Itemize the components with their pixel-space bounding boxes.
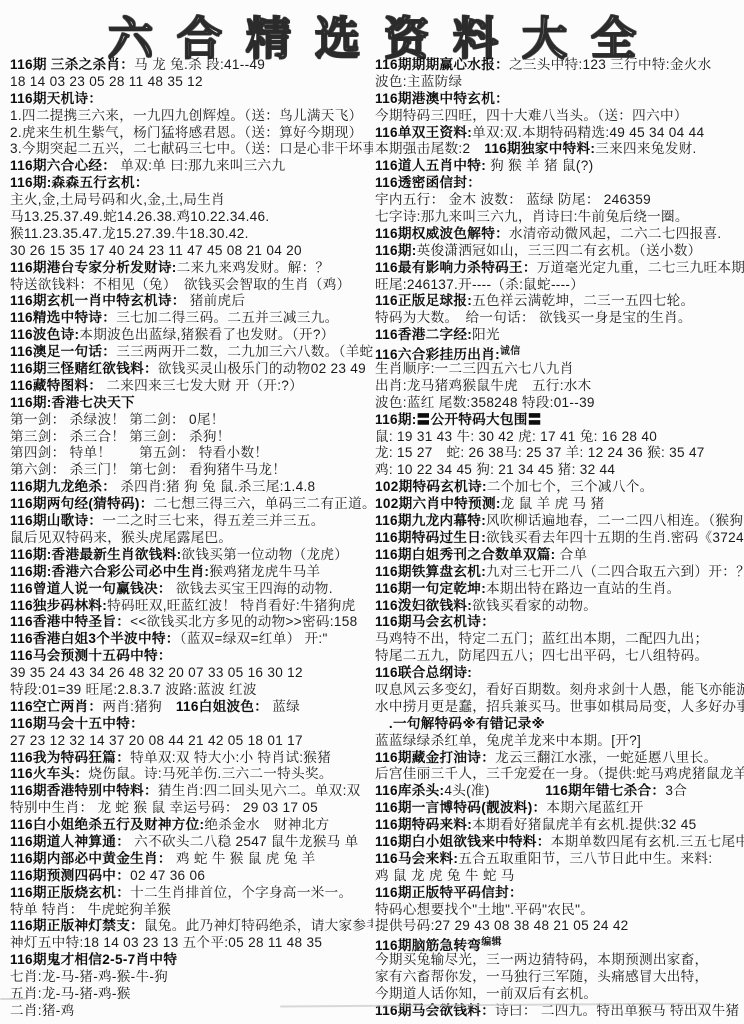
section-header: 116期内部必中黄金生肖：	[10, 851, 172, 866]
section-header: 116联合总纲诗:	[375, 665, 472, 680]
text-line: 后宫佳丽三千人，三千宠爱在一身。（提供:蛇马鸡虎猪鼠龙羊）	[375, 766, 744, 783]
scan-artifact-mark	[0, 998, 26, 1000]
text-segment: 三三两两开二数，二九加三六八数。（羊蛇的是	[116, 344, 373, 359]
section-header: 116期天机诗：	[10, 91, 102, 106]
text-segment: 猜生肖:四二回头见六二。单双:双	[158, 783, 361, 798]
text-line: 116期九龙绝杀： 杀四肖:猪 狗 兔 鼠.杀三尾:1.4.8	[10, 479, 373, 496]
text-segment: 水中捞月更是蠢，招兵兼买马。世事如棋局局变，人多好办事。	[375, 699, 744, 714]
text-line: 116精选中特诗：三七加二得三码。二五并三减三九。	[10, 310, 373, 327]
section-header: 116白小姐绝杀五行及财神方位:	[10, 817, 204, 832]
text-line: 116马会预测十五码中特：	[10, 648, 373, 665]
text-segment: 第六剑： 杀三门！ 第七剑： 看狗猪牛马龙！	[10, 462, 286, 477]
text-segment: 39 35 24 43 34 26 48 32 20 07 33 05 16 3…	[10, 665, 303, 680]
text-line: 五肖:龙-马-猪-鸡-猴	[10, 986, 373, 1003]
text-line: 116期预测四码中：02 47 36 06	[10, 868, 373, 885]
text-segment: 蓝蓝绿绿杀红单，兔虎羊龙来中本期。[开?]	[375, 733, 641, 748]
section-header: 116期道人神算通：	[10, 834, 130, 849]
right-column: 116期期期赢心水报：之三头中特:123 三行中特:金火水波色:主蓝防绿116期…	[375, 57, 744, 1022]
text-segment: 七肖:龙-马-猪-鸡-猴-牛-狗	[10, 969, 168, 984]
section-header: 116期:	[375, 243, 417, 258]
text-line: 生肖顺序:一二三四五六七八九肖	[375, 361, 744, 378]
text-line: 116藏特图料： 二来四来三七发大财 开（开:?）	[10, 378, 373, 395]
text-line: 116期正版烧玄机：十二生肖排首位，个字身高一米一。	[10, 885, 373, 902]
text-segment: 九对三七开二八（二四合取五六到）开：？	[486, 564, 744, 579]
text-segment: 特单 特肖： 牛虎蛇狗羊猴	[10, 902, 171, 917]
left-column: 116期 三杀之杀肖：马 龙 兔.杀 段:41--4918 14 03 23 0…	[10, 57, 373, 1022]
section-header: 116香港白姐3个半波中特：	[10, 631, 180, 646]
text-line: 116正版足球报:五色祥云满乾坤，二三一五四七轮。	[375, 293, 744, 310]
section-header: 116期:香港六合彩公司必中生肖:	[10, 564, 209, 579]
text-segment: 狗 猴 羊 猪 鼠(?)	[486, 158, 593, 173]
text-line: 水中捞月更是蠢，招兵兼买马。世事如棋局局变，人多好办事。	[375, 699, 744, 716]
text-segment: 生肖顺序:一二三四五六七八九肖	[375, 361, 574, 376]
text-segment: 阳光	[472, 327, 500, 342]
text-segment: 家有六畜帮你发，一马独行三军随，头痛感冒大出特，	[375, 969, 708, 984]
text-segment: 合单	[556, 547, 588, 562]
text-segment: 本期看好猪鼠虎羊有玄机.提供:32 45	[472, 817, 696, 832]
section-header: 116期正版烧玄机：	[10, 885, 130, 900]
section-header: 116期独家中特料:	[484, 141, 595, 156]
text-line: 116期权威波色解特：水清帝动微风起，二六二七四报喜.	[375, 226, 744, 243]
text-line: 116泼妇欲钱料:欲钱买看家的动物。	[375, 598, 744, 615]
text-line: 116白小姐绝杀五行及财神方位:绝杀金水 财神北方	[10, 817, 373, 834]
section-header: 102期特码玄机诗:	[375, 479, 487, 494]
text-line: 本期强击尾数:2 116期独家中特料:三来四来兔发财.	[375, 141, 744, 158]
section-header: 116期一言博特码(靓波料)：	[375, 800, 546, 815]
text-line: 特码为大数。 给一句话： 欲钱买一身是宝的生肖。	[375, 310, 744, 327]
section-header: 116期:〓公开特码大包围〓	[375, 412, 542, 427]
text-segment: （蓝双=绿双=红单） 开:"	[180, 631, 328, 646]
text-segment: 本期单数四尾有玄机.三五七尾中本期	[551, 834, 744, 849]
section-header: 116独步码林料:	[10, 598, 107, 613]
text-segment: 万道毫光定九重，二七三九旺本期。（绕	[537, 260, 744, 275]
text-line: 116期山歌诗：一二之时三七来，得五差三并三五。	[10, 513, 373, 530]
text-segment: 五色祥云满乾坤，二三一五四七轮。	[472, 293, 694, 308]
text-segment: 龙云三翻江水涨，一蛇延慝八里长。	[495, 750, 717, 765]
text-line: 102期特码玄机诗:二个加七个，三个减八个。	[375, 479, 744, 496]
text-segment: 诚信	[500, 346, 521, 357]
section-header: 116最有影响力杀特码王：	[375, 260, 537, 275]
text-segment: 特尾二五九，防尾四五八；四七出平码，七八组特码。	[375, 648, 708, 663]
text-segment: 旺尾:246137.开----（杀:鼠蛇----）	[375, 277, 584, 292]
text-segment: 鼠后见双特码来，猴头虎尾露尾巴。	[10, 530, 232, 545]
section-header: 116六合彩挂历出肖:	[375, 347, 500, 362]
text-line: 第四剑： 特单！ 第五剑： 特看小数！	[10, 445, 373, 462]
text-line: 116期玄机一肖中特玄机诗： 猪前虎后	[10, 293, 373, 310]
text-line: 116单双王资料:单双:双.本期特码精选:49 45 34 04 44	[375, 125, 744, 142]
text-segment: 宇内五行： 金木 波数： 蓝绿 防尾： 246359	[375, 192, 651, 207]
section-header: 116期 三杀之杀肖：	[10, 57, 134, 72]
text-line: 116期:香港最新生肖欲钱料:欲钱买第一位动物（龙虎）	[10, 547, 373, 564]
text-segment: 水清帝动微风起，二六二七四报喜.	[509, 226, 721, 241]
section-header: 116期一句定乾坤:	[375, 581, 486, 596]
section-header: 116期:香港七决天下	[10, 395, 135, 410]
text-line: 39 35 24 43 34 26 48 32 20 07 33 05 16 3…	[10, 665, 373, 682]
text-line: 116期白姐秀刊之合数单双篇: 合单	[375, 547, 744, 564]
section-header: 116期白姐秀刊之合数单双篇:	[375, 547, 556, 562]
text-segment: 鸡 鼠 龙 虎 兔 牛 蛇 马	[375, 868, 515, 883]
text-segment: 蓝绿	[268, 699, 300, 714]
text-line: 叹息风云多变幻，看好百期数。刻舟求剑十人愚，能飞亦能游。	[375, 682, 744, 699]
text-line: 116期香港特别中特料：猜生肖:四二回头见六二。单双:双	[10, 783, 373, 800]
text-segment: 提供号码:27 29 43 08 38 48 21 05 24 42	[375, 918, 629, 933]
text-segment: 三七加二得三码。二五并三减三九。	[116, 310, 338, 325]
text-line: 3.今期突起二五兴，二七献码三七中。（送：口是心非干坏事。）	[10, 141, 373, 158]
text-line: 116期特码来料:本期看好猪鼠虎羊有玄机.提供:32 45	[375, 817, 744, 834]
text-segment: 马鸡特不出，特定二五门；蓝红出本期，二配四九出；	[375, 631, 708, 646]
text-segment: <<欲钱买北方多见的动物>>密码:158	[130, 614, 357, 629]
text-segment: 马 龙 兔.杀 段:41--49	[134, 57, 265, 72]
text-segment: 特送欲钱料：不相见（兔） 欲钱买会智取的生肖（鸡）	[10, 277, 351, 292]
section-header: 116马会来料:	[375, 851, 458, 866]
text-line: 116联合总纲诗:	[375, 665, 744, 682]
text-segment: 特码为大数。 给一句话： 欲钱买一身是宝的生肖。	[375, 310, 692, 325]
text-segment: 特单双:双 特大小:小 特肖试:猴猪	[130, 750, 331, 765]
text-line: 116期脑筋急转弯编辑	[375, 935, 744, 952]
text-segment: 绝杀金水 财神北方	[204, 817, 329, 832]
text-line: 116期天机诗：	[10, 91, 373, 108]
text-segment: 后宫佳丽三千人，三千宠爱在一身。（提供:蛇马鸡虎猪鼠龙羊）	[375, 766, 744, 781]
text-line: 特单 特肖： 牛虎蛇狗羊猴	[10, 902, 373, 919]
text-line: 116期期期赢心水报：之三头中特:123 三行中特:金火水	[375, 57, 744, 74]
section-header: 116透密函信封：	[375, 175, 481, 190]
section-header: 116空亡两肖：	[10, 699, 102, 714]
text-segment: 五合五取重阳节，三八节日此中生。来料:	[458, 851, 712, 866]
section-header: 116期港澳中特玄机：	[375, 91, 509, 106]
text-line: 116期 三杀之杀肖：马 龙 兔.杀 段:41--49	[10, 57, 373, 74]
text-segment: 第四剑： 特单！ 第五剑： 特看小数！	[10, 445, 268, 460]
text-segment: 欲钱买看去年四十五期的生肖.密码《3724》	[486, 530, 744, 545]
section-header: 102期六肖中特预测:	[375, 496, 501, 511]
text-line: 116香港中特圣旨：<<欲钱买北方多见的动物>>密码:158	[10, 614, 373, 631]
section-header: 116曾道人说一句赢钱决：	[10, 581, 172, 596]
text-line: 116期:森森五行玄机：	[10, 175, 373, 192]
text-line: 116我为特码狂篇：特单双:双 特大小:小 特肖试:猴猪	[10, 750, 373, 767]
section-header: 116期三怪赌红欲钱料：	[10, 361, 158, 376]
text-segment: 1.四二提携三六来，一九四九创辉煌。（送：鸟儿满天飞）	[10, 108, 362, 123]
text-line: 2.虎来生机生紫气，杨门猛将感君恩。（送：算好今期现）	[10, 125, 373, 142]
text-line: 第六剑： 杀三门！ 第七剑： 看狗猪牛马龙！	[10, 462, 373, 479]
text-segment: 鸡: 10 22 34 45 狗: 21 34 45 猪: 32 44	[375, 462, 615, 477]
text-segment: 杀四肖:猪 狗 兔 鼠.杀三尾:1.4.8	[116, 479, 315, 494]
text-line: 今期买兔输尽光，三一两边猜特码，本期预测出家畜，	[375, 952, 744, 969]
text-line: 116曾道人说一句赢钱决： 欲钱去买宝王四海的动物.	[10, 581, 373, 598]
text-line: 鸡: 10 22 34 45 狗: 21 34 45 猪: 32 44	[375, 462, 744, 479]
section-header: 116期白小姐欲钱来中特料：	[375, 834, 551, 849]
text-segment: 主火,金,土局号码和火,金,土,局生肖	[10, 192, 225, 207]
section-header: 116道人五肖中特:	[375, 158, 486, 173]
section-header: 116期玄机一肖中特玄机诗：	[10, 293, 186, 308]
text-line: 马鸡特不出，特定二五门；蓝红出本期，二配四九出；	[375, 631, 744, 648]
text-line: 116期铁算盘玄机:九对三七开二八（二四合取五六到）开：？	[375, 564, 744, 581]
text-segment: 十二生肖排首位，个字身高一米一。	[130, 885, 352, 900]
text-line: 第一剑： 杀绿波！ 第二剑： 0尾！	[10, 412, 373, 429]
text-segment: 特段:01=39 旺尾:2.8.3.7 波路:蓝波 红波	[10, 682, 257, 697]
text-line: 116香港二字经:阳光	[375, 327, 744, 344]
text-line: 30 26 15 35 17 40 24 23 11 47 45 08 21 0…	[10, 243, 373, 260]
text-line: 116期:英俊潇洒冠如山，三三四二有玄机。（送小数）	[375, 243, 744, 260]
text-segment: 鼠兔。此乃神灯特码绝杀，请大家参考！	[144, 918, 373, 933]
section-header: 116香港二字经:	[375, 327, 472, 342]
text-line: 出肖:龙马猪鸡猴鼠牛虎 五行:水木	[375, 378, 744, 395]
text-segment: 一二之时三七来，得五差三并三五。	[102, 513, 324, 528]
section-header: 116期:香港最新生肖欲钱料:	[10, 547, 181, 562]
section-header: 116期山歌诗：	[10, 513, 102, 528]
section-header: 116期:森森五行玄机：	[10, 175, 149, 190]
section-header: 116我为特码狂篇：	[10, 750, 130, 765]
text-line: 鸡 鼠 龙 虎 兔 牛 蛇 马	[375, 868, 744, 885]
text-segment: 特码心想要找个"土地".平码"农民"。	[375, 902, 594, 917]
text-segment: 欲钱买第一位动物（龙虎）	[181, 547, 348, 562]
text-segment: 二来九来鸡发财。解：？	[177, 260, 330, 275]
text-segment: 二肖:猪-鸡	[10, 1003, 74, 1018]
text-segment: 30 26 15 35 17 40 24 23 11 47 45 08 21 0…	[10, 243, 302, 258]
text-segment: 波色:主蓝防绿	[375, 74, 462, 89]
text-line: 第三剑： 杀三合！ 第三剑： 杀狗！	[10, 429, 373, 446]
section-header: 116期权威波色解特：	[375, 226, 509, 241]
text-segment: 第三剑： 杀三合！ 第三剑： 杀狗！	[10, 429, 231, 444]
section-header: 116期九龙绝杀：	[10, 479, 116, 494]
section-header: 116期预测四码中：	[10, 868, 130, 883]
text-segment: 猴鸡猪龙虎牛马羊	[209, 564, 320, 579]
text-line: 七字诗:那九来叫三六九，肖诗曰:牛前兔后绕一圈。	[375, 209, 744, 226]
text-segment: 27 23 12 32 14 37 20 08 44 21 42 05 18 0…	[10, 733, 303, 748]
text-line: 116库杀头:4头(准) 116期年错七杀合：3合	[375, 783, 744, 800]
text-segment: 六不砍头二八稳 2547 鼠牛龙猴马 单	[130, 834, 358, 849]
text-segment: 本期波色出蓝绿,猪猴看了也发财。（开?）	[79, 327, 334, 342]
text-segment: 本期出特在路边一直站的生肖。	[486, 581, 681, 596]
text-line: 116马会来料:五合五取重阳节，三八节日此中生。来料:	[375, 851, 744, 868]
text-segment: 特码旺双,旺蓝红波！ 特肖看好:牛猪狗虎	[107, 598, 355, 613]
text-line: 特尾二五九，防尾四五八；四七出平码，七八组特码。	[375, 648, 744, 665]
section-header: 116期马会十五中特：	[10, 716, 144, 731]
text-line: 七肖:龙-马-猪-鸡-猴-牛-狗	[10, 969, 373, 986]
text-segment: 两肖:猪狗	[102, 699, 176, 714]
section-header: 116库杀头:	[375, 783, 444, 798]
text-line: 116期特码过生日:欲钱买看去年四十五期的生肖.密码《3724》	[375, 530, 744, 547]
text-line: 猴11.23.35.47.龙15.27.39.牛18.30.42.	[10, 226, 373, 243]
section-header: 116藏特图料：	[10, 378, 102, 393]
section-header: 116白姐波色：	[176, 699, 268, 714]
text-segment: 之三头中特:123 三行中特:金火水	[509, 57, 712, 72]
text-line: 116道人五肖中特: 狗 猴 羊 猪 鼠(?)	[375, 158, 744, 175]
text-segment: 本期六尾蓝红开	[546, 800, 643, 815]
text-line: 116期马会玄机诗：	[375, 614, 744, 631]
text-segment: 02 47 36 06	[130, 868, 205, 883]
text-line: 家有六畜帮你发，一马独行三军随，头痛感冒大出特，	[375, 969, 744, 986]
text-line: 波色:主蓝防绿	[375, 74, 744, 91]
text-segment: 马13.25.37.49.蛇14.26.38.鸡10.22.34.46.	[10, 209, 269, 224]
text-line: 116六合彩挂历出肖:诚信	[375, 344, 744, 361]
section-header: 116期年错七杀合：	[545, 783, 665, 798]
text-segment: 龙 鼠 羊 虎 马 猪	[501, 496, 605, 511]
text-line: 116期正版神灯禁支：鼠兔。此乃神灯特码绝杀，请大家参考！	[10, 918, 373, 935]
text-line: 龙: 15 27 蛇: 26 38马: 25 37 羊: 12 24 36 猴:…	[375, 445, 744, 462]
section-header: 116泼妇欲钱料:	[375, 598, 472, 613]
section-header: 116期正版特平码信封：	[375, 885, 523, 900]
text-line: 116期港台专家分析发财诗:二来九来鸡发财。解：？	[10, 260, 373, 277]
text-segment: 三来四来兔发财.	[595, 141, 696, 156]
text-segment: 欲钱去买宝王四海的动物.	[172, 581, 333, 596]
text-line: 116期正版特平码信封：	[375, 885, 744, 902]
text-line: 116期鬼才相信2-5-7肖中特	[10, 952, 373, 969]
text-segment: 今期道人话你知，一前双后有玄机。	[375, 986, 597, 1001]
text-segment: 欲钱买看家的动物。	[472, 598, 597, 613]
text-line: 116期白小姐欲钱来中特料：本期单数四尾有玄机.三五七尾中本期	[375, 834, 744, 851]
text-segment: 今期买兔输尽光，三一两边猜特码，本期预测出家畜，	[375, 952, 708, 967]
section-header: 116期鬼才相信2-5-7肖中特	[10, 952, 177, 967]
text-segment: 五肖:龙-马-猪-鸡-猴	[10, 986, 131, 1001]
section-header: 116波色诗:	[10, 327, 79, 342]
text-line: 1.四二提携三六来，一九四九创辉煌。（送：鸟儿满天飞）	[10, 108, 373, 125]
text-line: 116期藏金打油诗：龙云三翻江水涨，一蛇延慝八里长。	[375, 750, 744, 767]
section-header: 116期六合心经：	[10, 158, 116, 173]
text-line: 116澳足一句话：三三两两开二数，二九加三六八数。（羊蛇的是	[10, 344, 373, 361]
text-line: 18 14 03 23 05 28 11 48 35 12	[10, 74, 373, 91]
text-segment: 本期强击尾数:2	[375, 141, 484, 156]
text-segment: 猴11.23.35.47.龙15.27.39.牛18.30.42.	[10, 226, 249, 241]
text-segment: 英俊潇洒冠如山，三三四二有玄机。（送小数）	[417, 243, 702, 258]
text-segment: 单双:双.本期特码精选:49 45 34 04 44	[472, 125, 704, 140]
section-header: 116期期期赢心水报：	[375, 57, 509, 72]
section-header: 116期香港特别中特料：	[10, 783, 158, 798]
section-header: 116期港台专家分析发财诗:	[10, 260, 177, 275]
section-header: 116期马会玄机诗：	[375, 614, 495, 629]
text-line: 今期特码三四旺，四十大难八当头。（送：四六中）	[375, 108, 744, 125]
text-line: 宇内五行： 金木 波数： 蓝绿 防尾： 246359	[375, 192, 744, 209]
text-line: 116期马会十五中特：	[10, 716, 373, 733]
text-line: 116期内部必中黄金生肖： 鸡 蛇 牛 猴 鼠 虎 兔 羊	[10, 851, 373, 868]
text-segment: 龙: 15 27 蛇: 26 38马: 25 37 羊: 12 24 36 猴:…	[375, 445, 705, 460]
text-segment: 鼠: 19 31 43 牛: 30 42 虎: 17 41 兔: 16 28 4…	[375, 429, 657, 444]
section-header: 116单双王资料:	[375, 125, 472, 140]
text-segment: 出肖:龙马猪鸡猴鼠牛虎 五行:水木	[375, 378, 592, 393]
section-header: 116香港中特圣旨：	[10, 614, 130, 629]
text-line: 116香港白姐3个半波中特：（蓝双=绿双=红单） 开:"	[10, 631, 373, 648]
text-line: 116期道人神算通： 六不砍头二八稳 2547 鼠牛龙猴马 单	[10, 834, 373, 851]
text-segment: 单双:单 曰:那九来叫三六九	[116, 158, 285, 173]
section-header: 116精选中特诗：	[10, 310, 116, 325]
text-segment: 第一剑： 杀绿波！ 第二剑： 0尾！	[10, 412, 225, 427]
section-header: 116期特码来料:	[375, 817, 472, 832]
text-line: 旺尾:246137.开----（杀:鼠蛇----）	[375, 277, 744, 294]
text-line: 特别中生肖： 龙 蛇 猴 鼠 幸运号码： 29 03 17 05	[10, 800, 373, 817]
text-line: 主火,金,土局号码和火,金,土,局生肖	[10, 192, 373, 209]
text-line: 116期:〓公开特码大包围〓	[375, 412, 744, 429]
text-line: 116期:香港七决天下	[10, 395, 373, 412]
text-line: 116最有影响力杀特码王：万道毫光定九重，二七三九旺本期。（绕	[375, 260, 744, 277]
section-header: 116期藏金打油诗：	[375, 750, 495, 765]
text-segment: 欲钱买灵山极乐门的动物02 23 49	[158, 361, 366, 376]
text-line: 提供号码:27 29 43 08 38 48 21 05 24 42	[375, 918, 744, 935]
section-header: 116期九龙内幕特:	[375, 513, 486, 528]
text-line: 116期一言博特码(靓波料)：本期六尾蓝红开	[375, 800, 744, 817]
text-line: 神灯五中特:18 14 03 23 13 五个平:05 28 11 48 35	[10, 935, 373, 952]
text-line: 116期一句定乾坤:本期出特在路边一直站的生肖。	[375, 581, 744, 598]
text-line: 鼠: 19 31 43 牛: 30 42 虎: 17 41 兔: 16 28 4…	[375, 429, 744, 446]
text-segment: 3合	[665, 783, 687, 798]
text-line: 116期六合心经： 单双:单 曰:那九来叫三六九	[10, 158, 373, 175]
text-segment: 神灯五中特:18 14 03 23 13 五个平:05 28 11 48 35	[10, 935, 322, 950]
section-header: 116期特码过生日:	[375, 530, 486, 545]
text-line: 蓝蓝绿绿杀红单，兔虎羊龙来中本期。[开?]	[375, 733, 744, 750]
tip-sheet-page: 六合精选资料大全 116期 三杀之杀肖：马 龙 兔.杀 段:41--4918 1…	[0, 0, 744, 1024]
text-segment: 鸡 蛇 牛 猴 鼠 虎 兔 羊	[172, 851, 316, 866]
text-line: 今期道人话你知，一前双后有玄机。	[375, 986, 744, 1003]
text-segment: 波色:蓝红 尾数:358248 特段:01--39	[375, 395, 595, 410]
text-segment: 叹息风云多变幻，看好百期数。刻舟求剑十人愚，能飞亦能游。	[375, 682, 744, 697]
text-segment: 编辑	[481, 937, 502, 948]
text-line: 116火车头：烧伤鼠。诗:马死羊伤.三六二一特头奖。	[10, 766, 373, 783]
section-header: 116马会预测十五码中特：	[10, 648, 172, 663]
text-line: 116空亡两肖：两肖:猪狗 116白姐波色： 蓝绿	[10, 699, 373, 716]
text-segment: 烧伤鼠。诗:马死羊伤.三六二一特头奖。	[88, 766, 332, 781]
text-line: 鼠后见双特码来，猴头虎尾露尾巴。	[10, 530, 373, 547]
text-segment: 3.今期突起二五兴，二七献码三七中。（送：口是心非干坏事。）	[10, 141, 373, 156]
text-line: 116期九龙内幕特:风吹柳话遍地春，二一二四八相连。（猴狗鼠蛇）	[375, 513, 744, 530]
text-line: 102期六肖中特预测:龙 鼠 羊 虎 马 猪	[375, 496, 744, 513]
section-header: 116期正版神灯禁支：	[10, 918, 144, 933]
text-segment: 猪前虎后	[186, 293, 246, 308]
text-line: 116期:香港六合彩公司必中生肖:猴鸡猪龙虎牛马羊	[10, 564, 373, 581]
text-segment: 二七想三得三六，单码三二有正道。	[154, 496, 373, 511]
text-line: 116期港澳中特玄机：	[375, 91, 744, 108]
text-line: 特送欲钱料：不相见（兔） 欲钱买会智取的生肖（鸡）	[10, 277, 373, 294]
text-segment: 二个加七个，三个减八个。	[487, 479, 654, 494]
text-segment: 18 14 03 23 05 28 11 48 35 12	[10, 74, 203, 89]
section-header: 116正版足球报:	[375, 293, 472, 308]
text-line: 116期两句经(猜特码)：二七想三得三六，单码三二有正道。	[10, 496, 373, 513]
section-header: 116火车头：	[10, 766, 88, 781]
text-line: 特码心想要找个"土地".平码"农民"。	[375, 902, 744, 919]
text-line: 116独步码林料:特码旺双,旺蓝红波！ 特肖看好:牛猪狗虎	[10, 598, 373, 615]
text-line: 波色:蓝红 尾数:358248 特段:01--39	[375, 395, 744, 412]
text-line: .一句解特码※有错记录※	[375, 716, 744, 733]
text-line: 116波色诗:本期波色出蓝绿,猪猴看了也发财。（开?）	[10, 327, 373, 344]
text-segment: 风吹柳话遍地春，二一二四八相连。（猴狗鼠蛇）	[486, 513, 744, 528]
text-segment: 4头(准)	[444, 783, 545, 798]
text-segment: 2.虎来生机生紫气，杨门猛将感君恩。（送：算好今期现）	[10, 125, 362, 140]
section-header: .一句解特码※有错记录※	[375, 716, 545, 731]
text-line: 特段:01=39 旺尾:2.8.3.7 波路:蓝波 红波	[10, 682, 373, 699]
text-line: 116期三怪赌红欲钱料：欲钱买灵山极乐门的动物02 23 49	[10, 361, 373, 378]
text-segment: 二来四来三七发大财 开（开:?）	[102, 378, 303, 393]
text-line: 马13.25.37.49.蛇14.26.38.鸡10.22.34.46.	[10, 209, 373, 226]
text-line: 27 23 12 32 14 37 20 08 44 21 42 05 18 0…	[10, 733, 373, 750]
text-segment: 今期特码三四旺，四十大难八当头。（送：四六中）	[375, 108, 688, 123]
text-segment: 特别中生肖： 龙 蛇 猴 鼠 幸运号码： 29 03 17 05	[10, 800, 318, 815]
section-header: 116期铁算盘玄机:	[375, 564, 486, 579]
section-header: 116澳足一句话：	[10, 344, 116, 359]
text-segment: 七字诗:那九来叫三六九，肖诗曰:牛前兔后绕一圈。	[375, 209, 689, 224]
text-line: 116透密函信封：	[375, 175, 744, 192]
section-header: 116期两句经(猜特码)：	[10, 496, 154, 511]
